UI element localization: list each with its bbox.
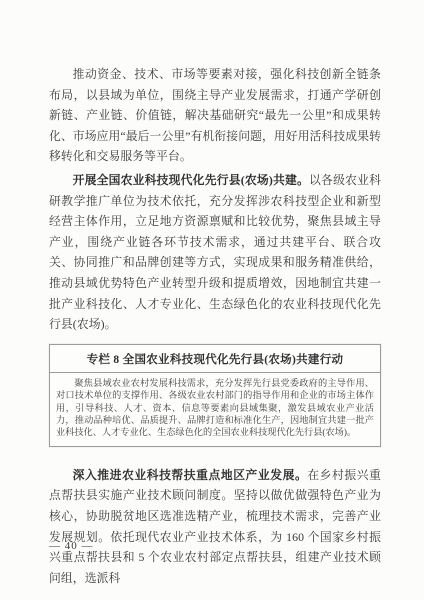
callout-body: 聚焦县域农业农村发展科技需求，充分发挥先行县党委政府的主导作用、对口技术单位的支… xyxy=(50,373,380,446)
document-page: 推动资金、技术、市场等要素对接，强化科技创新全链条布局，以县域为单位，围绕主导产… xyxy=(0,0,424,600)
page-content: 推动资金、技术、市场等要素对接，强化科技创新全链条布局，以县域为单位，围绕主导产… xyxy=(49,64,381,588)
paragraph-intro: 推动资金、技术、市场等要素对接，强化科技创新全链条布局，以县域为单位，围绕主导产… xyxy=(49,64,381,167)
paragraph-assistance: 深入推进农业科技帮扶重点地区产业发展。在乡村振兴重点帮扶县实施产业技术顾问制度。… xyxy=(49,465,381,589)
callout-box-column8: 专栏 8 全国农业科技现代化先行县(农场)共建行动 聚焦县域农业农村发展科技需求… xyxy=(49,344,381,447)
paragraph-intro-text: 推动资金、技术、市场等要素对接，强化科技创新全链条布局，以县域为单位，围绕主导产… xyxy=(49,67,381,163)
paragraph-assistance-body: 在乡村振兴重点帮扶县实施产业技术顾问制度。坚持以做优做强特色产业为核心，协助脱贫… xyxy=(49,468,381,585)
paragraph-pilot-counties: 开展全国农业科技现代化先行县(农场)共建。以各级农业科研教学推广单位为技术依托，… xyxy=(49,170,381,335)
paragraph-assistance-lead: 深入推进农业科技帮扶重点地区产业发展。 xyxy=(73,468,308,482)
callout-title: 专栏 8 全国农业科技现代化先行县(农场)共建行动 xyxy=(50,345,380,373)
paragraph-pilot-counties-body: 以各级农业科研教学推广单位为技术依托，充分发挥涉农科技型企业和新型经营主体作用，… xyxy=(49,173,381,331)
page-number: — 40 — xyxy=(49,540,94,552)
paragraph-pilot-counties-lead: 开展全国农业科技现代化先行县(农场)共建。 xyxy=(73,173,309,187)
